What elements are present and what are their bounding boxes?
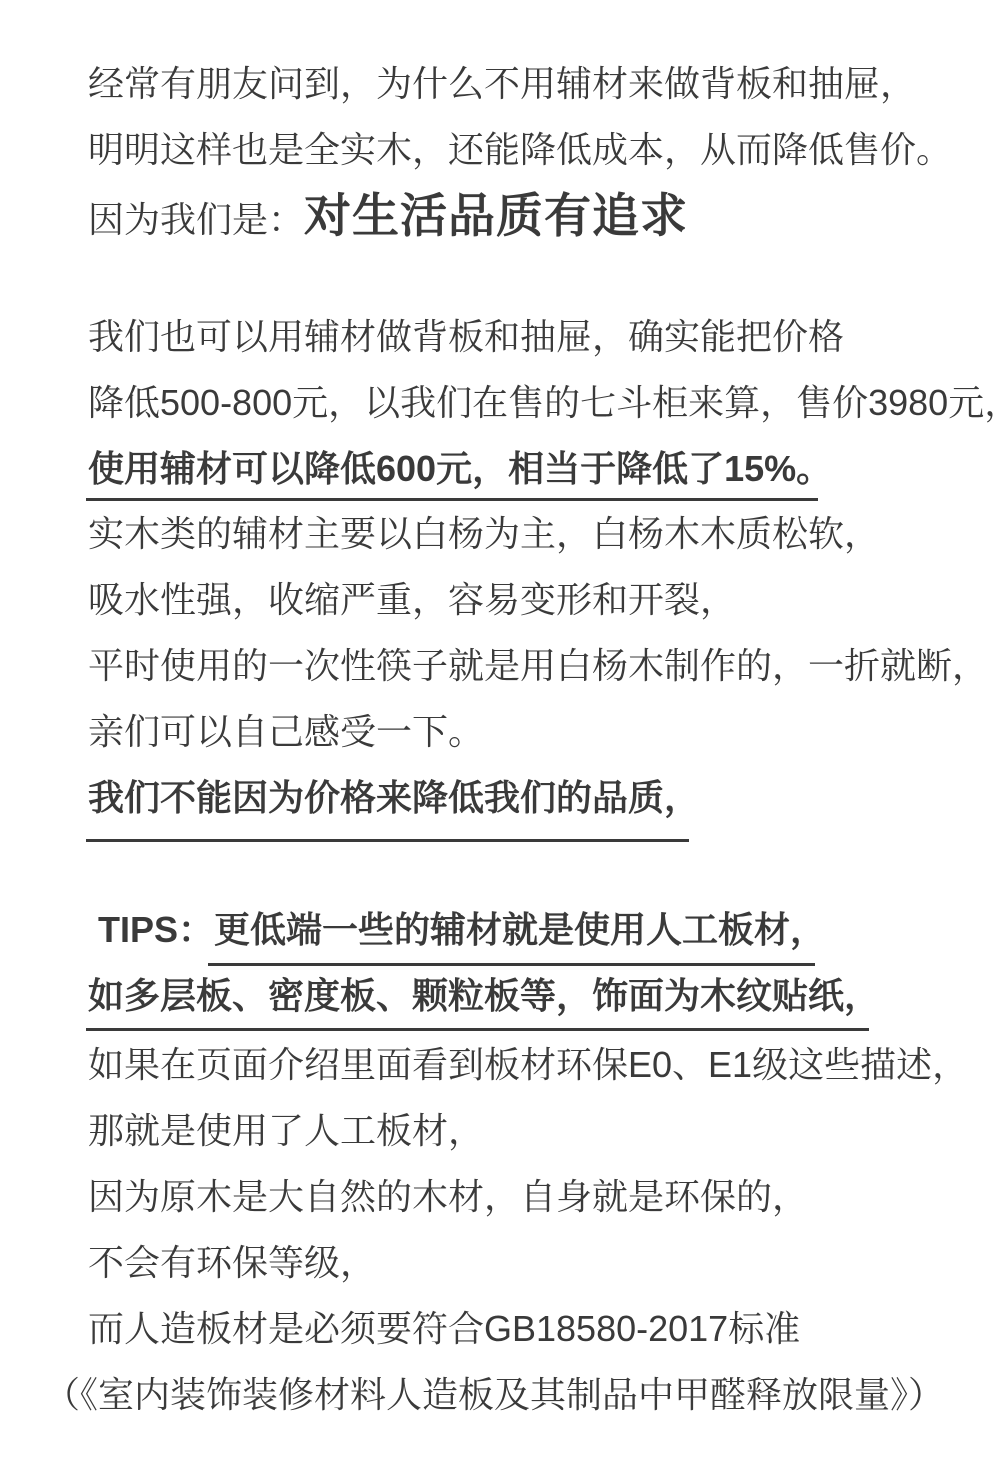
intro-line-1: 经常有朋友问到，为什么不用辅材来做背板和抽屉， [88, 51, 970, 117]
paragraph3-line-3: 因为原木是大自然的木材，自身就是环保的， [88, 1164, 970, 1230]
headline-prefix: 因为我们是： [88, 199, 304, 240]
headline-emphasis: 对生活品质有追求 [304, 189, 688, 242]
paragraph1-line-3-bold: 使用辅材可以降低600元，相当于降低了15%。 [88, 436, 970, 502]
tips-label: TIPS： [98, 909, 214, 950]
headline-line: 因为我们是：对生活品质有追求 [88, 183, 970, 253]
tips-text: 更低端一些的辅材就是使用人工板材， [214, 909, 826, 950]
intro-line-2: 明明这样也是全实木，还能降低成本，从而降低售价。 [88, 117, 970, 183]
paragraph2-line-4: 亲们可以自己感受一下。 [88, 699, 970, 765]
tips-line-2: 如多层板、密度板、颗粒板等，饰面为木纹贴纸， [88, 963, 970, 1029]
paragraph3-line-2: 那就是使用了人工板材， [88, 1098, 970, 1164]
paragraph3-line-4: 不会有环保等级， [88, 1230, 970, 1296]
paragraph3-line-5: 而人造板材是必须要符合GB18580-2017标准 [88, 1296, 970, 1362]
standard-citation: （《室内装饰装修材料人造板及其制品中甲醛释放限量》） [44, 1362, 970, 1428]
paragraph2-line-1: 实木类的辅材主要以白杨为主，白杨木木质松软， [88, 501, 970, 567]
paragraph1-line-2: 降低500-800元，以我们在售的七斗柜来算，售价3980元， [88, 370, 970, 436]
underline-rule-2 [86, 839, 689, 842]
product-description-page: 经常有朋友问到，为什么不用辅材来做背板和抽屉， 明明这样也是全实木，还能降低成本… [0, 0, 1000, 1470]
tips-line: TIPS：更低端一些的辅材就是使用人工板材， [88, 897, 970, 963]
paragraph1-line-1: 我们也可以用辅材做背板和抽屉，确实能把价格 [88, 304, 970, 370]
paragraph2-line-3: 平时使用的一次性筷子就是用白杨木制作的，一折就断， [88, 633, 970, 699]
paragraph2-line-2: 吸水性强，收缩严重，容易变形和开裂， [88, 567, 970, 633]
paragraph3-line-1: 如果在页面介绍里面看到板材环保E0、E1级这些描述， [88, 1032, 970, 1098]
quality-statement: 我们不能因为价格来降低我们的品质， [88, 765, 970, 831]
